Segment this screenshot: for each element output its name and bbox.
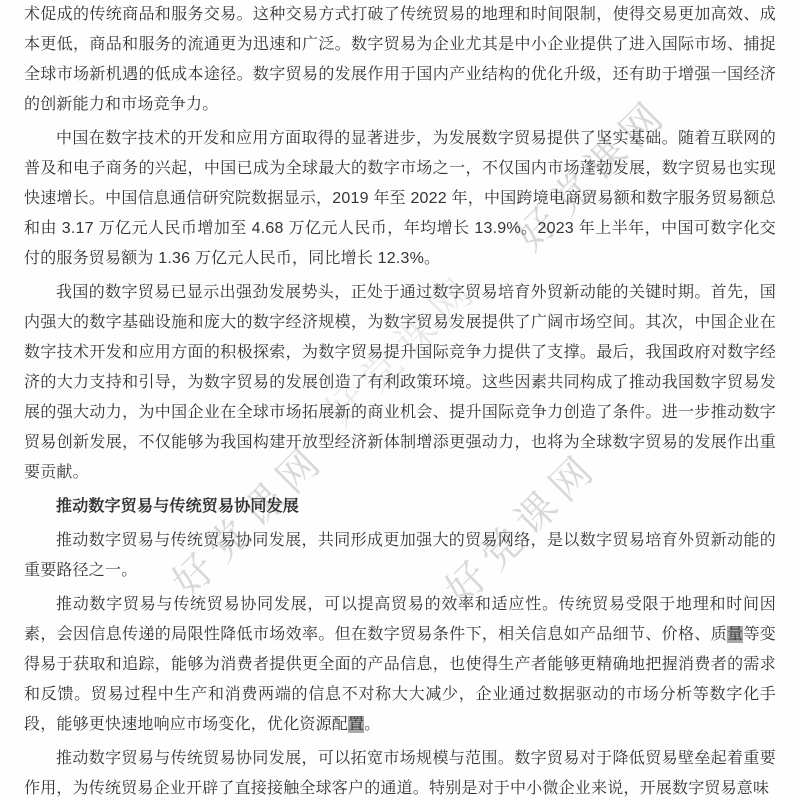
paragraph-efficiency-adaptability: 推动数字贸易与传统贸易协同发展，可以提高贸易的效率和适应性。传统贸易受限于地理和… (24, 590, 776, 740)
paragraph-text-segment: 推动数字贸易与传统贸易协同发展，可以提高贸易的效率和适应性。传统贸易受限于地理和… (24, 596, 776, 643)
paragraph-text-segment: 。 (364, 716, 380, 733)
paragraph-china-digital-progress: 中国在数字技术的开发和应用方面取得的显著进步，为发展数字贸易提供了坚实基础。随着… (24, 124, 776, 274)
highlighted-character: 量 (727, 626, 743, 643)
paragraph-china-trade-momentum: 我国的数字贸易已显示出强劲发展势头，正处于通过数字贸易培育外贸新动能的关键时期。… (24, 278, 776, 488)
document-page: 好党课网 好党课网 好党课网 好党课网 术促成的传统商品和服务交易。这种交易方式… (0, 0, 800, 800)
section-heading-coordinated-development: 推动数字贸易与传统贸易协同发展 (24, 492, 776, 522)
highlighted-character: 置 (348, 716, 364, 733)
paragraph-market-scope: 推动数字贸易与传统贸易协同发展，可以拓宽市场规模与范围。数字贸易对于降低贸易壁垒… (24, 744, 776, 800)
paragraph-coordinated-path: 推动数字贸易与传统贸易协同发展，共同形成更加强大的贸易网络，是以数字贸易培育外贸… (24, 526, 776, 586)
document-body: 术促成的传统商品和服务交易。这种交易方式打破了传统贸易的地理和时间限制，使得交易… (0, 0, 800, 800)
paragraph-digital-trade-benefits: 术促成的传统商品和服务交易。这种交易方式打破了传统贸易的地理和时间限制，使得交易… (24, 0, 776, 120)
